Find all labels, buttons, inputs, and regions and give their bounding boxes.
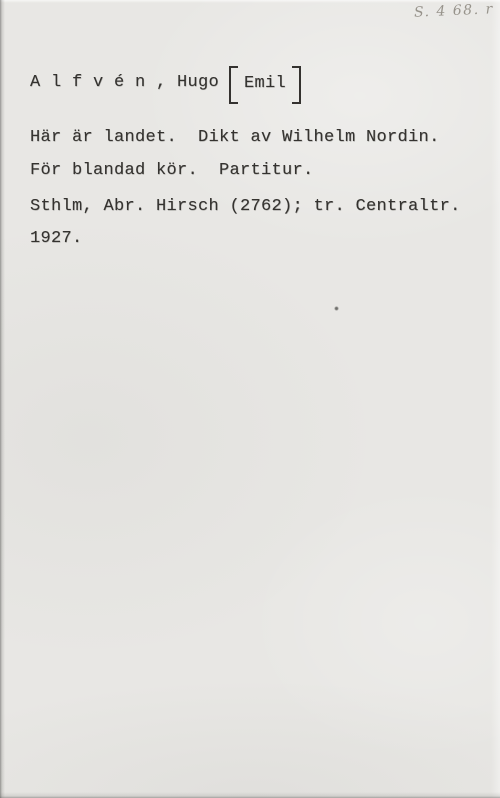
dust-speck [334, 306, 339, 311]
left-bracket-glyph [229, 66, 238, 104]
title-statement-line: Här är landet. Dikt av Wilhelm Nordin. [30, 128, 440, 148]
bracketed-middle-name: Emil [229, 66, 301, 104]
scoring-line: För blandad kör. Partitur. [30, 161, 314, 181]
year-line: 1927. [30, 229, 83, 249]
imprint-line: Sthlm, Abr. Hirsch (2762); tr. Centraltr… [30, 197, 461, 217]
catalog-card-scan: S. 4 68. r A l f v é n , Hugo Emil Här ä… [0, 0, 500, 798]
right-bracket-glyph [292, 66, 301, 104]
author-heading: A l f v é n , Hugo Emil [30, 64, 301, 106]
bracketed-name-text: Emil [238, 74, 292, 93]
author-name: A l f v é n , Hugo [30, 73, 219, 92]
handwritten-shelfmark: S. 4 68. r [414, 1, 494, 20]
